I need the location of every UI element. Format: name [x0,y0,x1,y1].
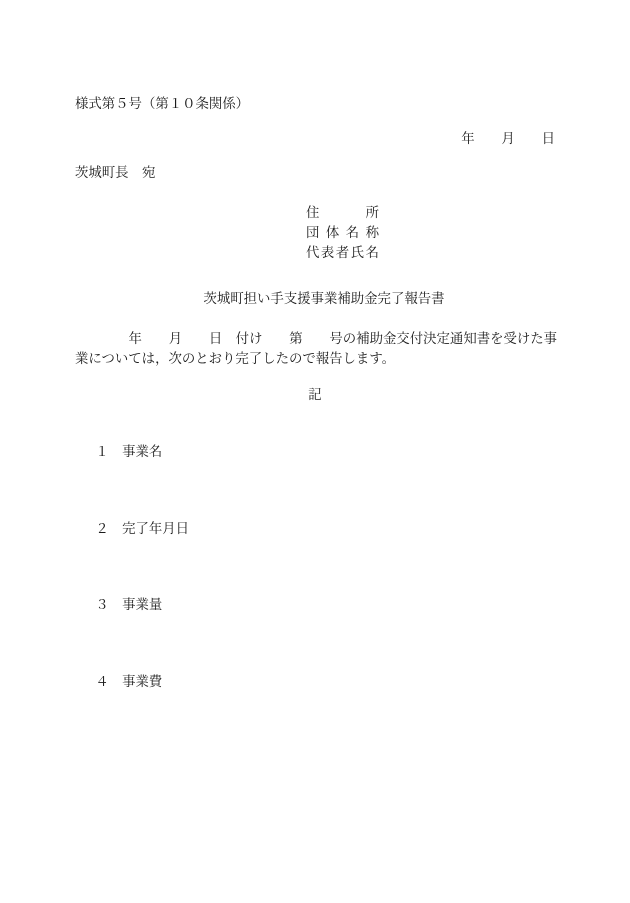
body-paragraph: 年 月 日 付け 第 号の補助金交付決定通知書を受けた事 業については，次のとお… [75,329,555,369]
record-marker: 記 [75,385,555,405]
body-line-2: 業については，次のとおり完了したので報告します。 [75,349,555,369]
item-label: 事業量 [122,597,162,612]
item-number: ４ [95,672,109,692]
item-number: ２ [95,519,109,539]
body-line-1: 年 月 日 付け 第 号の補助金交付決定通知書を受けた事 [75,329,555,349]
addressee-line: 茨城町長 宛 [75,163,555,183]
date-line: 年 月 日 [75,129,555,149]
item-number: １ [95,442,109,462]
list-item: ３事業量 [75,575,555,635]
list-item: ４事業費 [75,652,555,712]
item-number: ３ [95,595,109,615]
list-item: ２完了年月日 [75,499,555,559]
representative-name-label: 代表者氏名 [306,243,379,263]
item-list: １事業名 ２完了年月日 ３事業量 ４事業費 [75,422,555,712]
item-label: 完了年月日 [122,521,189,536]
item-label: 事業名 [122,444,162,459]
form-number-line: 様式第５号（第１０条関係） [75,94,555,114]
document-page: 様式第５号（第１０条関係） 年 月 日 茨城町長 宛 住所 団体名称 代表者氏名… [0,0,630,903]
document-title: 茨城町担い手支援事業補助金完了報告書 [75,289,555,309]
address-label: 住所 [306,203,379,223]
list-item: １事業名 [75,422,555,482]
item-label: 事業費 [122,674,162,689]
applicant-block: 住所 団体名称 代表者氏名 [306,203,379,263]
organization-name-label: 団体名称 [306,223,379,243]
